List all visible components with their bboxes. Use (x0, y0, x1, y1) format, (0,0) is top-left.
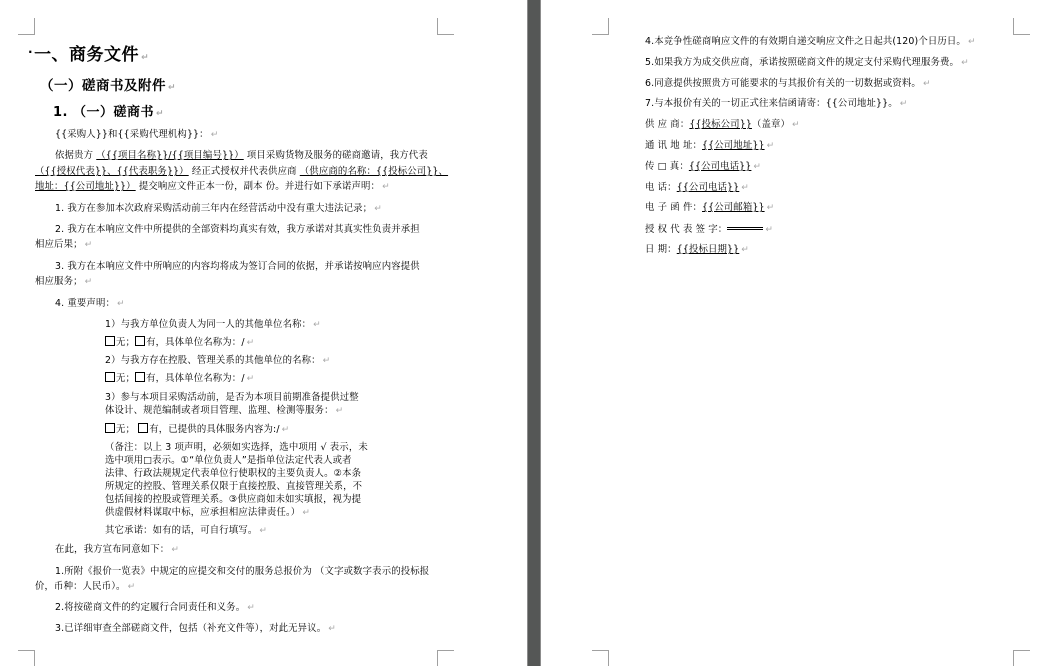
paragraph-mark-icon: ↵ (141, 53, 149, 63)
note-line[interactable]: 选中项用□表示。①“单位负责人”是指单位法定代表人或者 (105, 454, 352, 467)
checkbox-has[interactable] (135, 336, 145, 346)
placeholder-address: 地址：{{公司地址}}） (35, 181, 136, 192)
paragraph-mark-icon: ↵ (900, 99, 908, 109)
paragraph-mark-icon: ↵ (923, 79, 931, 89)
heading-2[interactable]: （一）磋商书及附件↵ (40, 77, 176, 97)
paragraph-mark-icon: ↵ (282, 425, 290, 435)
paragraph-mark-icon: ↵ (323, 356, 331, 366)
commitment-item-2[interactable]: 2. 我方在本响应文件中所提供的全部资料均真实有效，我方承诺对其真实性负责并承担 (55, 223, 420, 236)
agree-item-4[interactable]: 4.本竞争性磋商响应文件的有效期自递交响应文件之日起共(120)个日历日。↵ (645, 35, 976, 49)
intro-line-3[interactable]: 地址：{{公司地址}}） 提交响应文件正本一份，副本 份。并进行如下承诺声明：↵ (35, 180, 390, 194)
declaration-2[interactable]: 2）与我方存在控股、管理关系的其他单位的名称：↵ (105, 354, 330, 368)
paragraph-mark-icon: ↵ (259, 526, 267, 536)
agree-item-7[interactable]: 7.与本报价有关的一切正式往来信函请寄：{{公司地址}}。↵ (645, 97, 907, 111)
commitment-item-3[interactable]: 3. 我方在本响应文件中所响应的内容均将成为签订合同的依据，并承诺按响应内容提供 (55, 260, 420, 273)
paragraph-mark-icon: ↵ (168, 83, 176, 93)
paragraph-mark-icon: ↵ (302, 508, 310, 518)
page-corner-mark (592, 650, 609, 666)
signature-line[interactable] (727, 222, 763, 230)
paragraph-mark-icon: ↵ (247, 603, 255, 613)
agree-item-6[interactable]: 6.同意提供按照贵方可能要求的与其报价有关的一切数据或资料。↵ (645, 77, 931, 91)
paragraph-mark-icon: ↵ (382, 182, 390, 192)
paragraph-mark-icon: ↵ (85, 240, 93, 250)
paragraph-mark-icon: ↵ (211, 130, 219, 140)
agree-item-2[interactable]: 2.将按磋商文件的约定履行合同责任和义务。↵ (55, 601, 255, 615)
announce[interactable]: 在此，我方宣布同意如下：↵ (55, 543, 179, 557)
paragraph-mark-icon: ↵ (128, 582, 136, 592)
placeholder-supplier: （供应商的名称：{{投标公司}}、 (300, 166, 448, 177)
paragraph-mark-icon: ↵ (374, 204, 382, 214)
page-corner-mark (18, 18, 35, 35)
commitment-item-4[interactable]: 4. 重要声明：↵ (55, 297, 125, 311)
signature-supplier[interactable]: 供 应 商：{{投标公司}}（盖章）↵ (645, 118, 800, 132)
paragraph-mark-icon: ↵ (336, 406, 344, 416)
page-corner-mark (592, 18, 609, 35)
paragraph-mark-icon: ↵ (961, 58, 969, 68)
paragraph-mark-icon: ↵ (767, 141, 775, 151)
other-commitment[interactable]: 其它承诺：如有的话，可自行填写。↵ (105, 524, 267, 538)
note-line[interactable]: 法律、行政法规规定代表单位行使职权的主要负责人。②本条 (105, 467, 361, 480)
signature-phone[interactable]: 电 话：{{公司电话}}↵ (645, 181, 749, 195)
declaration-3[interactable]: 3）参与本项目采购活动前，是否为本项目前期准备提供过整 (105, 391, 359, 404)
page-corner-mark (1013, 18, 1030, 35)
intro-line-1[interactable]: 依据贵方 （{{项目名称}}/{{项目编号}}） 项目采购货物及服务的磋商邀请，… (55, 149, 428, 162)
paragraph-mark-icon: ↵ (767, 203, 775, 213)
commitment-item-2-cont[interactable]: 相应后果；↵ (35, 238, 92, 252)
paragraph-mark-icon: ↵ (156, 109, 164, 119)
note-line[interactable]: 供虚假材料谋取中标，应承担相应法律责任。）↵ (105, 506, 310, 520)
paragraph-mark-icon: ↵ (313, 320, 321, 330)
declaration-1-options[interactable]: 无；有，具体单位名称为：/↵ (105, 336, 254, 350)
document-page-right[interactable]: 4.本竞争性磋商响应文件的有效期自递交响应文件之日起共(120)个日历日。↵ 5… (541, 0, 1060, 666)
paragraph-mark-icon: ↵ (741, 183, 749, 193)
page-corner-mark (437, 18, 454, 35)
checkbox-has[interactable] (138, 423, 148, 433)
signature-fax[interactable]: 传 □ 真：{{公司电话}}↵ (645, 160, 761, 174)
declaration-2-options[interactable]: 无；有，具体单位名称为：/↵ (105, 372, 254, 386)
agree-item-1-cont[interactable]: 价，币种：人民币）。↵ (35, 580, 135, 594)
checkbox-none[interactable] (105, 423, 115, 433)
commitment-item-1[interactable]: 1. 我方在参加本次政府采购活动前三年内在经营活动中没有重大违法记录；↵ (55, 202, 382, 216)
heading-3[interactable]: 1. （一）磋商书↵ (53, 104, 164, 123)
checkbox-none[interactable] (105, 372, 115, 382)
bullet-icon: · (28, 45, 33, 59)
placeholder-representative: （{{授权代表}}、{{代表职务}}） (35, 166, 189, 177)
commitment-item-3-cont[interactable]: 相应服务；↵ (35, 275, 92, 289)
page-gutter (527, 0, 541, 666)
paragraph-mark-icon: ↵ (765, 225, 773, 235)
declaration-1[interactable]: 1）与我方单位负责人为同一人的其他单位名称：↵ (105, 318, 321, 332)
signature-date[interactable]: 日 期：{{投标日期}}↵ (645, 243, 749, 257)
agree-item-1[interactable]: 1.所附《报价一览表》中规定的应提交和交付的服务总报价为 （文字或数字表示的投标… (55, 565, 429, 578)
paragraph-mark-icon: ↵ (171, 545, 179, 555)
heading-1[interactable]: ·一、商务文件↵ (28, 41, 149, 69)
paragraph-mark-icon: ↵ (85, 277, 93, 287)
note-line[interactable]: 包括间接的控股或管理关系。③供应商如未如实填报，视为提 (105, 493, 361, 506)
signature-representative[interactable]: 授 权 代 表 签 字：↵ (645, 222, 773, 237)
signature-address[interactable]: 通 讯 地 址：{{公司地址}}↵ (645, 139, 774, 153)
checkbox-none[interactable] (105, 336, 115, 346)
paragraph-mark-icon: ↵ (117, 299, 125, 309)
salutation[interactable]: {{采购人}}和{{采购代理机构}}：↵ (55, 128, 218, 142)
agree-item-5[interactable]: 5.如果我方为成交供应商，承诺按照磋商文件的规定支付采购代理服务费。↵ (645, 56, 969, 70)
paragraph-mark-icon: ↵ (792, 120, 800, 130)
paragraph-mark-icon: ↵ (247, 374, 255, 384)
placeholder-project: （{{项目名称}}/{{项目编号}}） (96, 150, 243, 161)
agree-item-3[interactable]: 3.已详细审查全部磋商文件，包括（补充文件等），对此无异议。↵ (55, 622, 336, 636)
note-line[interactable]: 所规定的控股、管理关系仅限于直接控股、直接管理关系，不 (105, 480, 362, 493)
document-page-left[interactable]: ·一、商务文件↵ （一）磋商书及附件↵ 1. （一）磋商书↵ {{采购人}}和{… (0, 0, 527, 666)
signature-email[interactable]: 电 子 函 件：{{公司邮箱}}↵ (645, 201, 774, 215)
intro-line-2[interactable]: （{{授权代表}}、{{代表职务}}） 经正式授权并代表供应商 （供应商的名称：… (35, 165, 448, 178)
paragraph-mark-icon: ↵ (968, 37, 976, 47)
paragraph-mark-icon: ↵ (753, 162, 761, 172)
page-corner-mark (1013, 650, 1030, 666)
page-corner-mark (18, 650, 35, 666)
page-corner-mark (437, 650, 454, 666)
checkbox-has[interactable] (135, 372, 145, 382)
declaration-3-cont[interactable]: 体设计、规范编制或者项目管理、监理、检测等服务：↵ (105, 404, 343, 418)
paragraph-mark-icon: ↵ (328, 624, 336, 634)
declaration-3-options[interactable]: 无； 有，已提供的具体服务内容为:/↵ (105, 423, 289, 437)
paragraph-mark-icon: ↵ (247, 338, 255, 348)
note-line[interactable]: （备注：以上 3 项声明，必须如实选择，选中项用 √ 表示，未 (105, 441, 368, 454)
paragraph-mark-icon: ↵ (741, 245, 749, 255)
